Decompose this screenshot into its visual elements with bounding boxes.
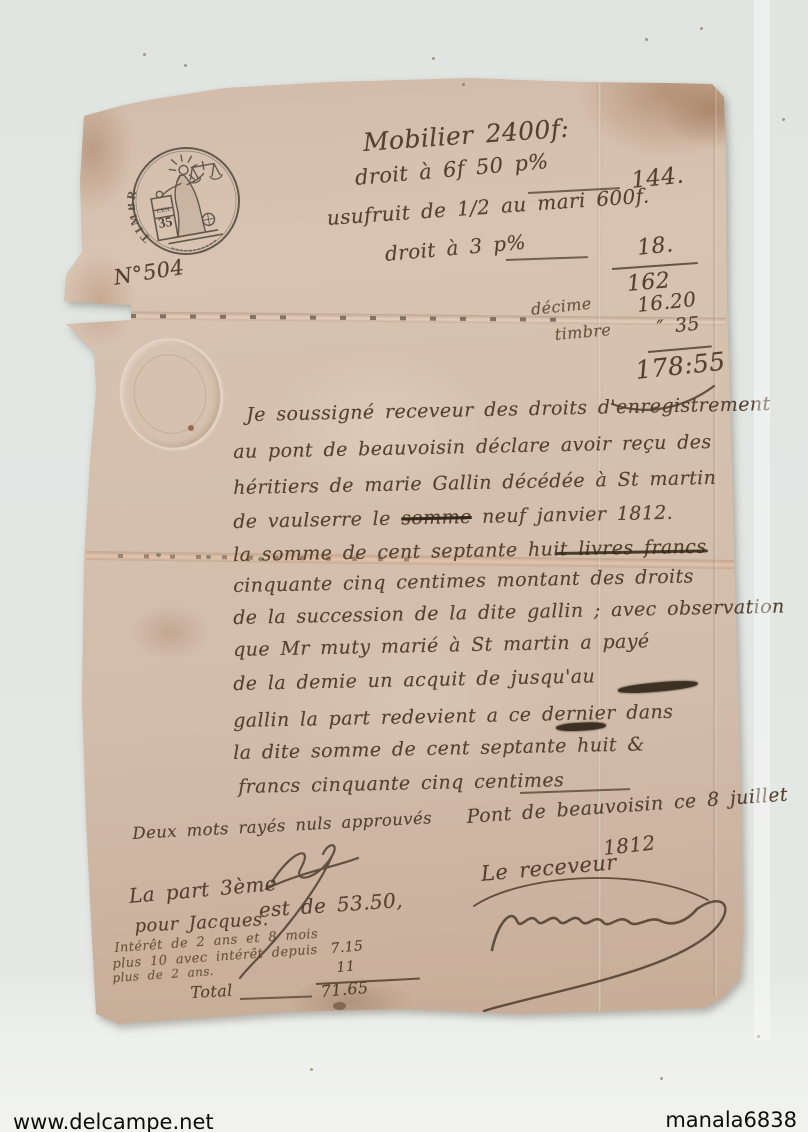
dust-speck [143,53,146,56]
dust-speck [645,38,648,41]
paper-stain-dot [333,1002,346,1010]
dust-speck [462,83,465,86]
dust-speck [184,64,187,67]
fold-speck [156,553,161,557]
watermark-username: manala6838 [665,1108,797,1132]
photo-of-document: TIMBRE CEN 35 N°504 [0,0,808,1132]
watermark-site: www.delcampe.net [13,1110,214,1132]
note-interest2-amount: 11 [336,958,356,976]
note-total-label: Total [190,981,233,1002]
dust-speck [660,1077,663,1080]
dust-speck [700,27,703,30]
header-timbre-amount: ″ 35 [656,313,701,339]
red-ink-spot [188,425,194,431]
dust-speck [782,118,785,121]
body-line-4-start: de vaulserre le [233,508,391,533]
note-interest1-amount: 7.15 [330,938,364,957]
dust-speck [310,1068,313,1071]
body-line-4-struck-word: somme [401,506,472,529]
fold-speck [206,555,211,559]
dust-speck [432,57,435,60]
body-line-4-end: neuf janvier 1812. [482,502,673,528]
header-droit3-amount: 18. [636,232,675,261]
fold-crease-vertical-right [713,86,717,996]
scanner-light-streak [754,0,770,1040]
